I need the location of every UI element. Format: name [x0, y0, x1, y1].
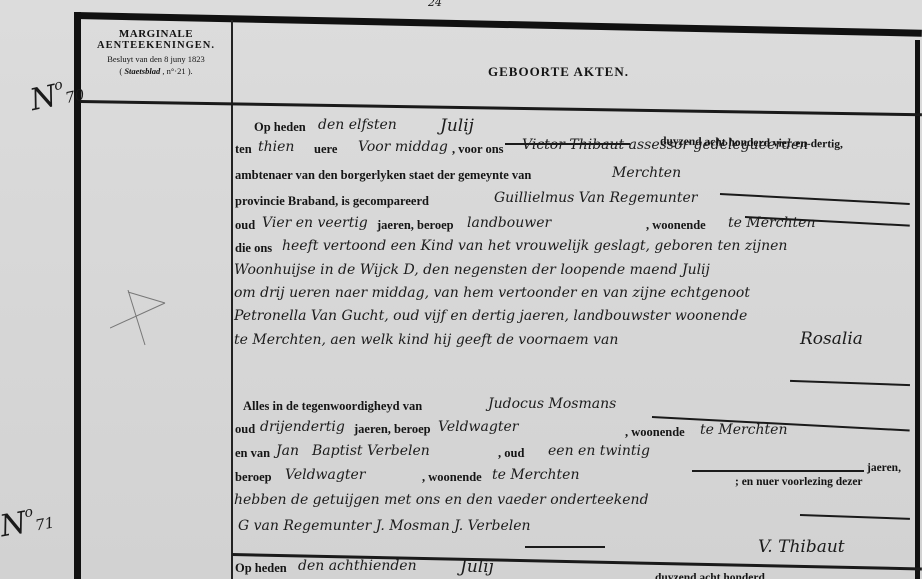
printed-oud2: oud: [235, 422, 255, 437]
printed-woonende: , woonende: [646, 218, 706, 233]
hand-vertoond-line: heeft vertoond een Kind van het vrouweli…: [282, 238, 787, 254]
marginal-notes-header: MARGINALE AENTEEKENINGEN. Besluyt van de…: [82, 22, 230, 100]
printed-en-van: en van: [235, 446, 270, 461]
hand-mother-line: Petronella Van Gucht, oud vijf en dertig…: [234, 308, 747, 324]
printed-nuer: ; en nuer voorlezing dezer: [735, 476, 863, 488]
hand-te-line: te Merchten, aen welk kind hij geeft de …: [234, 332, 618, 348]
hand-month: Julij: [440, 116, 474, 136]
hand-part-of-day: Voor middag: [358, 139, 448, 155]
hand-age: Vier en veertig: [262, 215, 368, 231]
section-title: GEBOORTE AKTEN.: [488, 64, 629, 80]
hand-witness2-first: Jan: [276, 443, 299, 459]
signature-flourish: [525, 546, 605, 548]
hand-day: den elfsten: [318, 117, 397, 133]
hand-witness1-residence: te Merchten: [700, 422, 787, 438]
hand-witness2-residence: te Merchten: [492, 467, 579, 483]
printed-woonende3: , woonende: [422, 470, 482, 485]
printed-oud: oud: [235, 218, 255, 233]
printed-provincie: provincie Braband, is gecompareerd: [235, 194, 429, 209]
marginal-staatsblad-line: ( Staetsblad , n°·21 ).: [82, 66, 230, 76]
printed-die-ons: die ons: [235, 241, 272, 256]
hand-witness2-age: een en twintig: [548, 443, 650, 459]
marginal-title-line1: MARGINALE: [82, 28, 230, 40]
blank-line: [790, 380, 910, 386]
printed-beroep3: beroep: [235, 470, 272, 485]
printed-jaeren-beroep: jaeren, beroep: [377, 218, 454, 233]
printed-dyyzend-71: duyzend acht honderd: [655, 572, 765, 579]
hand-witness2: Baptist Verbelen: [312, 443, 430, 459]
printed-ten: ten: [235, 142, 252, 157]
register-page: 24 MARGINALE AENTEEKENINGEN. Besluyt van…: [0, 0, 922, 579]
hand-municipality: Merchten: [612, 165, 681, 181]
hand-witness1-age: drijendertig: [260, 419, 345, 435]
hand-woonhuis-line: Woonhuijse in de Wijck D, den negensten …: [234, 262, 710, 278]
printed-ambtenaer: ambtenaer van den borgerlyken staet der …: [235, 168, 531, 183]
header-divider: [80, 100, 922, 116]
printed-jaeren-beroep2: jaeren, beroep: [354, 422, 431, 437]
hand-day-71: den achthienden: [298, 558, 417, 574]
hand-hebben-line: hebben de getuijgen met ons en den vaede…: [234, 492, 649, 508]
page-number: 24: [428, 0, 442, 9]
hand-witness1: Judocus Mosmans: [488, 396, 616, 412]
blank-line: [720, 193, 910, 204]
marginal-decree-line: Besluyt van den 8 juny 1823: [82, 54, 230, 64]
blank-line: [800, 514, 910, 519]
hand-hour: thien: [258, 139, 294, 155]
hand-child-name: Rosalia: [800, 329, 863, 349]
frame-right-border: [915, 40, 920, 579]
printed-alles: Alles in de tegenwoordigheyd van: [243, 399, 422, 414]
hand-occupation: landbouwer: [467, 215, 551, 231]
printed-uere: uere: [314, 142, 337, 157]
hand-om-line: om drij ueren naer middag, van hem verto…: [234, 285, 750, 301]
hand-month-71: Julij: [460, 557, 494, 577]
hand-residence: te Merchten: [728, 215, 815, 231]
hand-witness1-occupation: Veldwagter: [438, 419, 518, 435]
marginal-title-line2: AENTEEKENINGEN.: [82, 40, 230, 51]
hand-witness2-occupation: Veldwagter: [285, 467, 365, 483]
printed-op-heden-71: Op heden: [235, 561, 287, 576]
hand-signatures: G van Regemunter J. Mosman J. Verbelen: [238, 518, 531, 534]
cross-mark-icon: [110, 290, 170, 350]
hand-official-signature: V. Thibaut: [758, 537, 845, 557]
act-number-71: No71: [0, 501, 56, 545]
printed-voor-ons: , voor ons: [452, 142, 504, 157]
blank-line: [692, 470, 864, 472]
hand-declarant: Guillielmus Van Regemunter: [494, 190, 697, 206]
printed-woonende2: , woonende: [625, 425, 685, 440]
printed-oud3: , oud: [498, 446, 524, 461]
printed-jaeren-end: jaeren,: [867, 462, 901, 474]
printed-op-heden: Op heden: [254, 120, 306, 135]
